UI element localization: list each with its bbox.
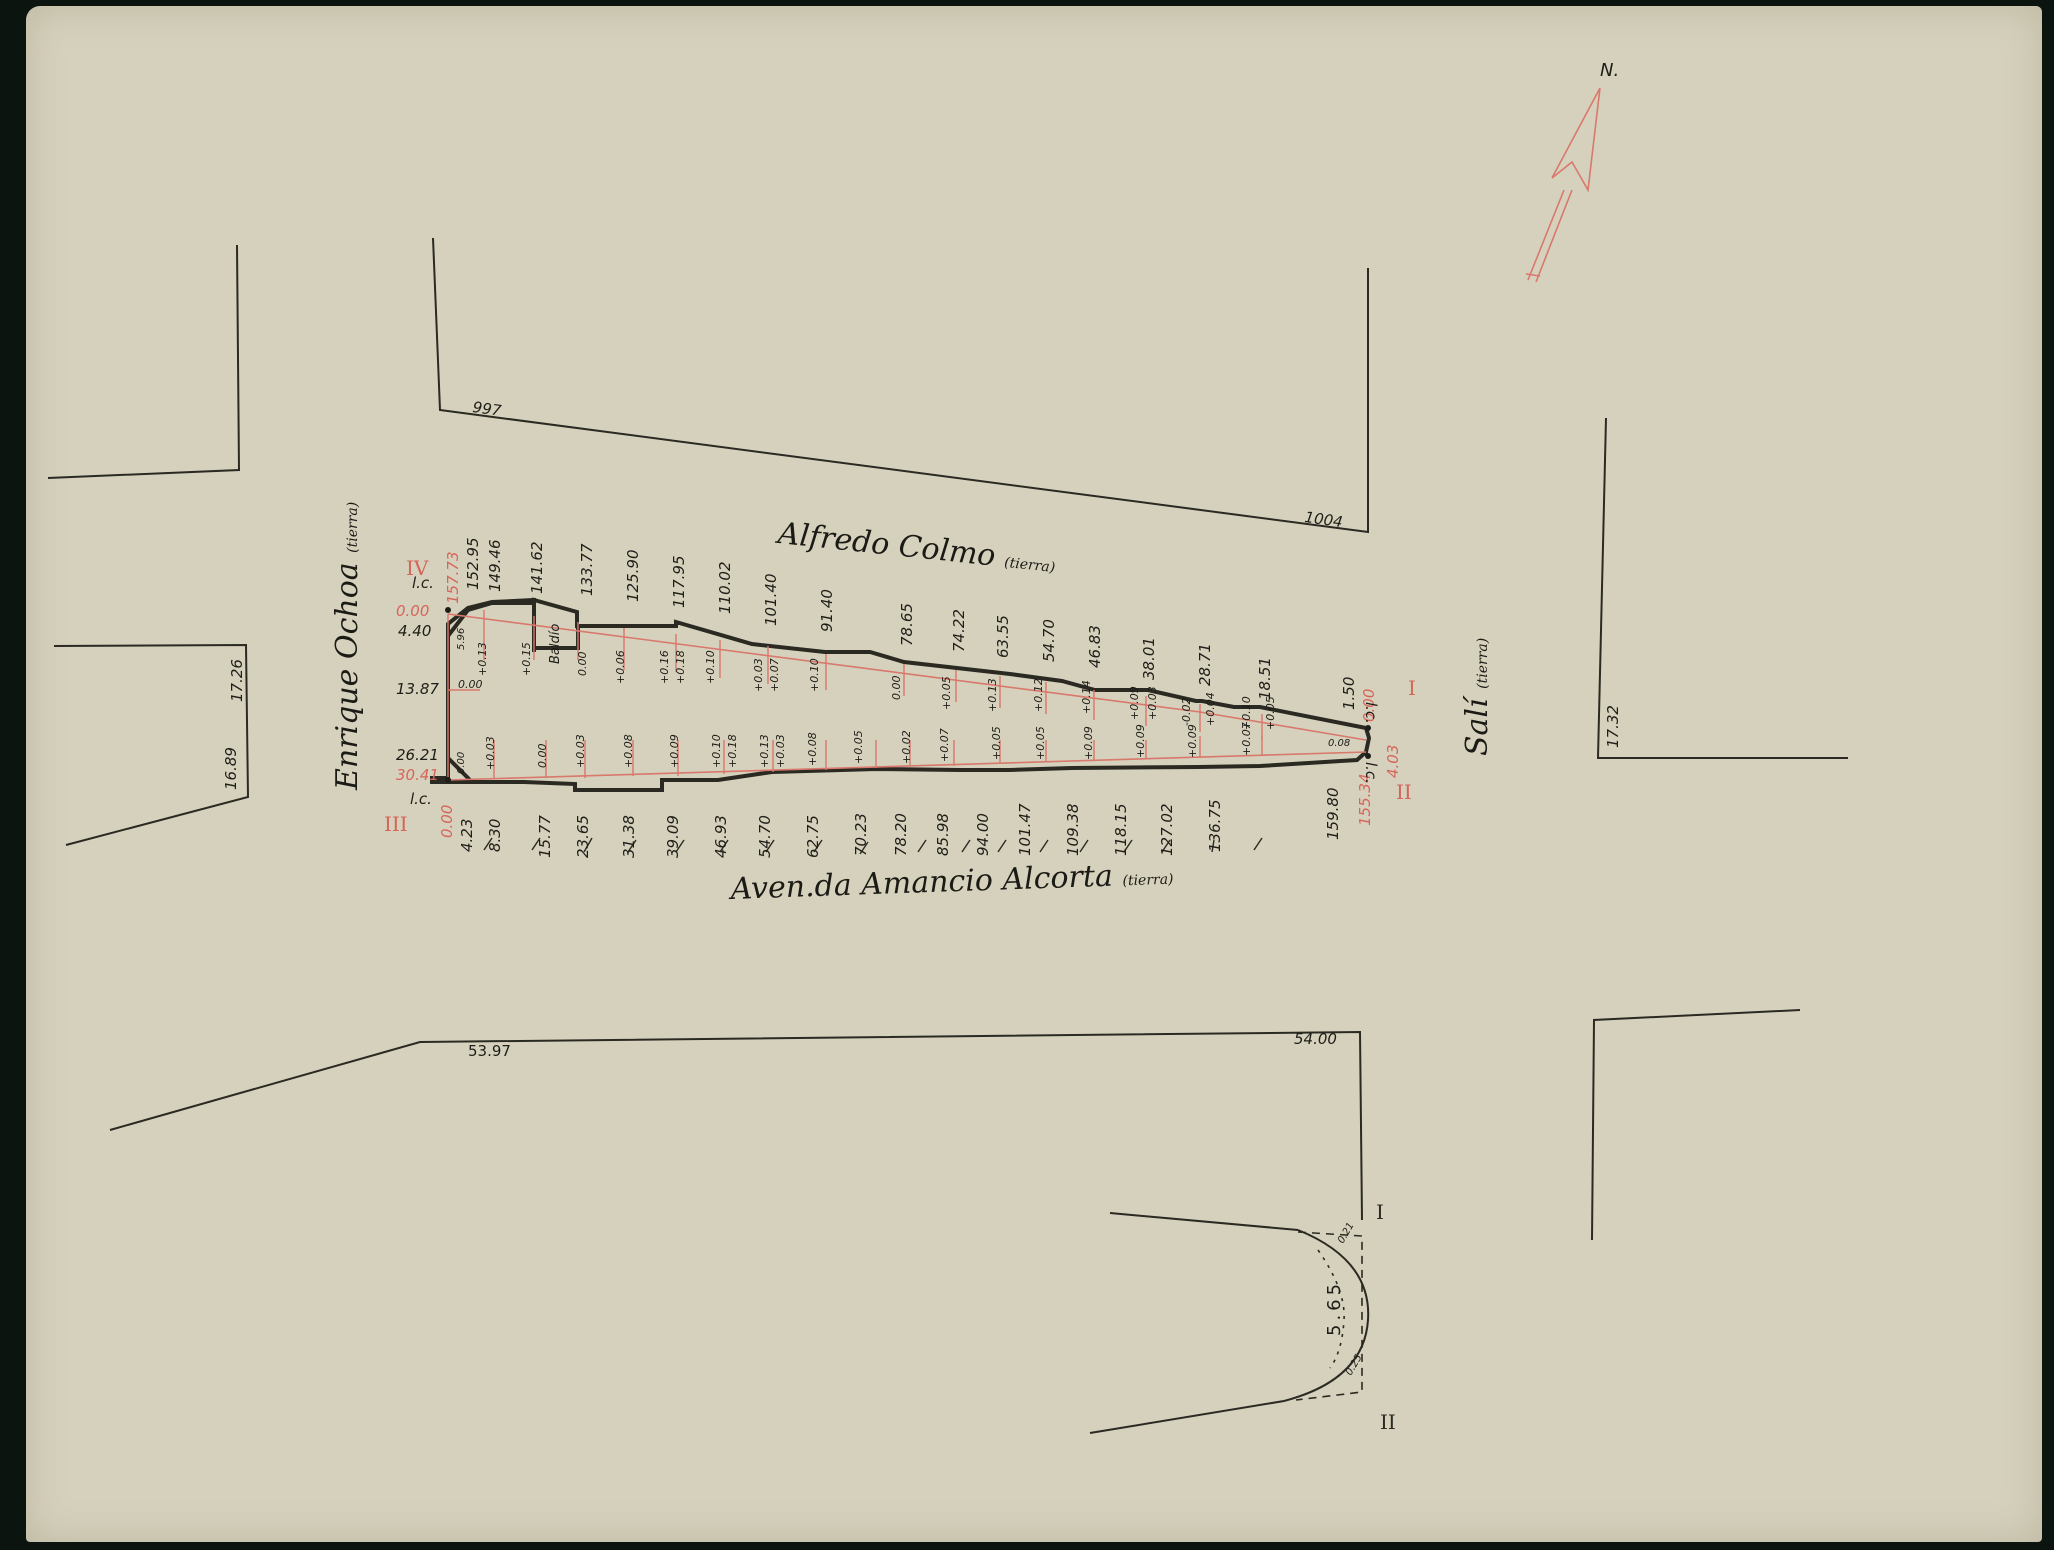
north-offset: +0.10	[704, 650, 717, 684]
corner-IV-dot	[445, 607, 451, 613]
north-offset: +0.16	[658, 650, 671, 684]
south-chainage: 54.70	[756, 815, 774, 858]
north-offset: +0.03	[752, 658, 765, 692]
street-sali: Salí (tierra)	[1460, 638, 1495, 756]
south-offset: +0.18	[726, 734, 739, 768]
south-offset: 0.00	[536, 744, 549, 769]
south-chainage: 136.75	[1206, 800, 1224, 853]
nw-corner-block	[48, 245, 239, 478]
corner-III-marker: III	[384, 812, 408, 836]
corner-II-width: 4.03	[1384, 745, 1402, 778]
corner-III-dot	[445, 777, 451, 783]
nw-chamfer-label: 5.96	[456, 628, 467, 650]
south-offset: +0.09	[668, 734, 681, 768]
west-block-top-dimension: 17.26	[228, 702, 271, 720]
north-chainage: 78.65	[898, 603, 916, 646]
north-offset: +0.09	[1128, 686, 1141, 720]
south-offset: +0.05	[852, 730, 865, 764]
north-chainage: 91.40	[818, 589, 836, 632]
detail-II-marker: II	[1380, 1410, 1396, 1434]
north-chainage: 38.01	[1140, 637, 1158, 680]
south-offset: +0.07	[1240, 722, 1253, 756]
street-west-surface: (tierra)	[345, 502, 361, 553]
north-block	[433, 238, 1368, 532]
south-chainage: 15.77	[536, 815, 554, 858]
south-offset: +0.02	[900, 730, 913, 764]
ne-block	[1598, 418, 1848, 758]
south-offset: +0.10	[710, 734, 723, 768]
north-offset: +0.12	[1032, 678, 1045, 712]
north-offset: 0.00	[890, 676, 903, 701]
west-block-top-label: 17.26	[228, 659, 246, 702]
north-offset: +0.13	[986, 678, 999, 712]
survey-drawing	[0, 0, 2054, 1550]
corner-II-marker: II	[1396, 780, 1412, 804]
south-chainage: 46.93	[712, 815, 730, 858]
sw-block-right-dimension: 54.00	[1294, 1030, 1337, 1048]
east-block-dimension: 17.32	[1604, 705, 1622, 748]
south-offset: +0.09	[1082, 726, 1095, 760]
north-chainage: 110.02	[716, 562, 734, 615]
corner-III-zero: 0.00	[438, 805, 456, 838]
north-offset: +0.05	[940, 676, 953, 710]
south-chainage: 31.38	[620, 815, 638, 858]
south-offset: +0.07	[938, 728, 951, 762]
south-chainage: 78.20	[892, 813, 910, 856]
corner-IV-lc: l.c.	[412, 574, 434, 592]
north-chainage: 125.90	[624, 550, 642, 603]
north-chainage: 54.70	[1040, 619, 1058, 662]
corner-I-dot	[1365, 725, 1371, 731]
street-north-surface: (tierra)	[1003, 555, 1055, 576]
south-offset: +0.05	[990, 726, 1003, 760]
sw-chamfer-label: 0.00	[456, 752, 467, 774]
street-enrique-ochoa: Enrique Ochoa (tierra)	[330, 502, 365, 790]
west-offset-1: 4.40	[398, 622, 431, 640]
corner-II-lc: l.c.	[1362, 762, 1380, 784]
south-offset: +0.03	[774, 734, 787, 768]
south-offset: +0.08	[622, 734, 635, 768]
south-offset: +0.13	[758, 734, 771, 768]
north-chainage: 101.40	[762, 574, 780, 627]
south-chainage: 39.09	[664, 815, 682, 858]
north-chainage: 152.95	[464, 538, 482, 591]
west-block-bottom-dimension: 16.89	[222, 747, 240, 790]
south-chainage: 127.02	[1158, 804, 1176, 857]
south-chainage: 4.23	[458, 819, 476, 852]
north-chainage: 18.51	[1256, 657, 1274, 700]
north-offset: +0.15	[520, 642, 533, 676]
corner-I-width: 1.50	[1340, 677, 1358, 710]
corner-IV-length: 157.73	[444, 552, 462, 605]
south-chainage: 85.98	[934, 813, 952, 856]
north-offset: -0.02	[1180, 698, 1193, 726]
corner-III-lc: l.c.	[410, 790, 432, 808]
south-offset: +0.03	[574, 734, 587, 768]
south-chainage: 70.23	[852, 813, 870, 856]
south-leader-marks	[484, 838, 1262, 854]
sw-block-left-dimension: 53.97	[468, 1042, 511, 1060]
street-south-surface: (tierra)	[1122, 872, 1174, 890]
corner-I-marker: I	[1408, 676, 1416, 700]
south-chainage: 23.65	[574, 815, 592, 858]
south-chainage: 159.80	[1324, 788, 1342, 841]
north-offset: +0.13	[476, 642, 489, 676]
east-tip-offset: 0.08	[1328, 738, 1350, 749]
detail-I-marker: I	[1376, 1200, 1384, 1224]
south-block	[110, 1032, 1362, 1220]
corner-II-dot	[1365, 753, 1371, 759]
north-offset: +0.04	[1204, 692, 1217, 726]
west-inner-offset: 0.00	[458, 678, 483, 691]
north-chainage: 133.77	[578, 544, 596, 597]
north-offset: +0.14	[1080, 680, 1093, 714]
north-offset: +0.06	[614, 650, 627, 684]
south-offset: +0.08	[806, 732, 819, 766]
south-chainage: 94.00	[974, 813, 992, 856]
north-chainage: 46.83	[1086, 625, 1104, 668]
south-offset: +0.09	[1186, 724, 1199, 758]
north-chainage: 28.71	[1196, 643, 1214, 686]
north-chainage: 74.22	[950, 609, 968, 652]
west-offset-3: 26.21	[396, 746, 439, 764]
south-chainage: 101.47	[1016, 804, 1034, 857]
north-offset: +0.07	[768, 658, 781, 692]
north-chainage: 117.95	[670, 556, 688, 609]
west-offset-2: 13.87	[396, 680, 439, 698]
north-arrow-icon	[1526, 88, 1600, 282]
south-chainage: 8.30	[486, 819, 504, 852]
corner-IV-zero: 0.00	[396, 602, 429, 620]
south-chainage: 118.15	[1112, 804, 1130, 857]
baldio-label: Baldío	[548, 624, 563, 664]
north-offset: +0.05	[1264, 696, 1277, 730]
street-east-name: Salí	[1460, 698, 1495, 756]
south-chainage: 109.38	[1064, 804, 1082, 857]
north-chainage: 141.62	[528, 542, 546, 595]
south-chainage: 62.75	[804, 815, 822, 858]
south-offset: +0.03	[484, 736, 497, 770]
north-offset: +0.10	[808, 658, 821, 692]
se-block	[1592, 1010, 1800, 1240]
north-offset: +0.18	[674, 650, 687, 684]
street-west-name: Enrique Ochoa	[330, 562, 365, 790]
west-block	[54, 645, 248, 845]
north-offset: +0.03	[1146, 686, 1159, 720]
north-chainage: 63.55	[994, 615, 1012, 658]
south-offset: +0.09	[1134, 724, 1147, 758]
corner-III-width: 30.41	[396, 766, 439, 784]
corner-I-lc: l.c.	[1362, 702, 1380, 724]
detail-arc-length: 5.65	[1324, 1280, 1345, 1336]
north-chainage: 149.46	[486, 540, 504, 593]
street-east-surface: (tierra)	[1475, 638, 1491, 689]
south-offset: +0.05	[1034, 726, 1047, 760]
north-offset: 0.00	[576, 652, 589, 677]
north-label: N.	[1600, 60, 1619, 81]
nw-block-dimension: 997	[471, 398, 502, 420]
